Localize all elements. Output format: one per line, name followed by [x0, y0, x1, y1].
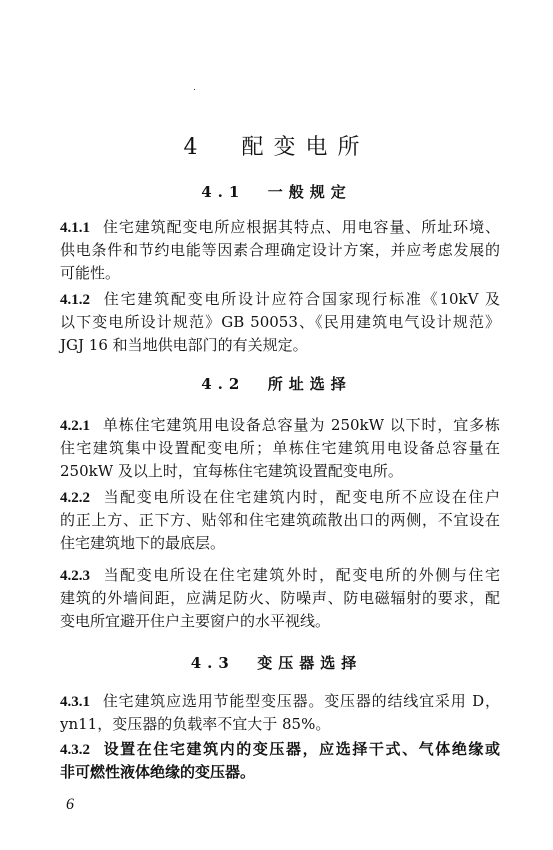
- clause-line: 供电条件和节约电能等因素合理确定设计方案，并应考虑发展的: [60, 239, 500, 261]
- section-title-4-2: 4.2 所址选择: [0, 373, 553, 394]
- clause-line: 住宅建筑地下的最底层。: [60, 532, 500, 554]
- clause-line: 非可燃性液体绝缘的变压器。: [60, 761, 500, 783]
- clause-line: yn11，变压器的负载率不宜大于 85%。: [60, 713, 500, 735]
- document-page: 4 配变电所 4.1 一般规定 4.1.1住宅建筑配变电所应根据其特点、用电容量…: [0, 0, 553, 850]
- clause-line: JGJ 16 和当地供电部门的有关规定。: [60, 334, 500, 356]
- clause-line: 可能性。: [60, 262, 500, 284]
- page-number: 6: [66, 796, 74, 814]
- clause-line: 住宅建筑集中设置配变电所；单栋住宅建筑用电设备总容量在: [60, 437, 500, 459]
- chapter-title: 4 配变电所: [0, 130, 553, 161]
- clause-line: 250kW 及以上时，宜每栋住宅建筑设置配变电所。: [60, 460, 500, 482]
- section-title-4-1: 4.1 一般规定: [0, 181, 553, 202]
- clause-4-1-2: 4.1.2住宅建筑配变电所设计应符合国家现行标准《10kV 及: [60, 288, 500, 310]
- clause-4-2-1: 4.2.1单栋住宅建筑用电设备总容量为 250kW 以下时，宜多栋: [60, 414, 500, 436]
- scan-speck: [194, 89, 195, 90]
- clause-4-1-1: 4.1.1住宅建筑配变电所应根据其特点、用电容量、所址环境、: [60, 216, 500, 238]
- clause-line: 建筑的外墙间距，应满足防火、防噪声、防电磁辐射的要求，配: [60, 587, 500, 609]
- clause-line: 变电所宜避开住户主要窗户的水平视线。: [60, 610, 500, 632]
- clause-4-3-1: 4.3.1住宅建筑应选用节能型变压器。变压器的结线宜采用 D，: [60, 690, 500, 712]
- chapter-title-text: 配变电所: [241, 135, 369, 160]
- section-title-4-3: 4.3 变压器选择: [0, 652, 553, 673]
- clause-4-3-2: 4.3.2设置在住宅建筑内的变压器，应选择干式、气体绝缘或: [60, 738, 500, 760]
- clause-4-2-3: 4.2.3当配变电所设在住宅建筑外时，配变电所的外侧与住宅: [60, 564, 500, 586]
- chapter-number: 4: [183, 135, 207, 160]
- clause-line: 的正上方、正下方、贴邻和住宅建筑疏散出口的两侧，不宜设在: [60, 509, 500, 531]
- clause-line: 以下变电所设计规范》GB 50053、《民用建筑电气设计规范》: [60, 311, 500, 333]
- clause-4-2-2: 4.2.2当配变电所设在住宅建筑内时，配变电所不应设在住户: [60, 486, 500, 508]
